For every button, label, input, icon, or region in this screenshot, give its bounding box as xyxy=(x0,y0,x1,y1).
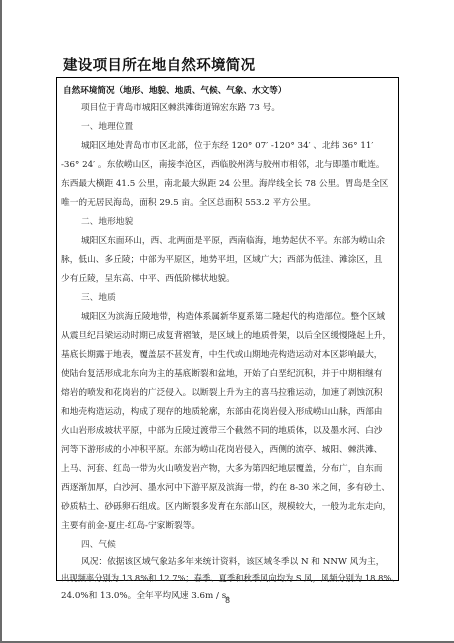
heading-terrain: 二、地形地貌 xyxy=(81,215,133,227)
paragraph-line: 城阳区地处青岛市市区北部，位于东经 120° 07′ -120° 34′ 、北纬… xyxy=(81,139,373,151)
box-heading: 自然环境简况（地形、地貌、地质、气候、气象、水文等） xyxy=(63,84,286,96)
heading-geographic-location: 一、地理位置 xyxy=(81,120,133,132)
paragraph-line: 少有丘陵，呈东高、中平、西低阶梯状地貌。 xyxy=(61,272,235,284)
paragraph-line: 脉，低山、多丘陵；中部为平原区，地势平坦，区域广大；西部为低洼、滩涂区，且 xyxy=(61,253,382,265)
paragraph-line: 24.0%和 13.0%。全年平均风速 3.6m / s。 xyxy=(61,589,235,601)
paragraph-line: 使陆台复活形成北东向为主的基底断裂和盆地，开始了白垩纪沉积，并于中期相继有 xyxy=(61,367,382,379)
paragraph-line: 城阳区为滨海丘陵地带，构造体系属新华夏系第二隆起代的构造部位。整个区域 xyxy=(81,310,385,322)
paragraph-line: 基底长期露于地表，覆盖层不甚发育，中生代或山期地壳构造运动对本区影响最大， xyxy=(61,348,382,360)
paragraph-line: 西逐渐加厚，白沙河、墨水河中下游平原及滨海一带，约在 8-30 米之间，多有砂土… xyxy=(61,481,390,493)
paragraph-line: 主要有前金-夏庄-红岛-宁家断裂等。 xyxy=(61,519,200,531)
heading-climate: 四、气候 xyxy=(81,538,116,550)
paragraph-line: 城阳区东面环山，西、北两面是平原，西南临海，地势起伏不平。东部为崂山余 xyxy=(81,234,385,246)
paragraph-line: 出现频率分别为 13.8%和 12.7%；春季、夏季和秋季风向均为 S 风，风频… xyxy=(61,572,400,584)
paragraph-line: 砂质粘土、砂砾卵石组成。区内断裂多发育在东部山区，规模较大，一般为北东走向， xyxy=(61,500,391,512)
paragraph-line: 东西最大横距 41.5 公里，南北最大纵距 24 公里。海岸线全长 78 公里。… xyxy=(61,177,388,189)
heading-geology: 三、地质 xyxy=(81,291,116,303)
paragraph-line: 火山岩形成坡状平原，中部为丘陵过渡带三个截然不同的地质体，以及墨水河、白沙 xyxy=(61,424,382,436)
section-title: 建设项目所在地自然环境简况 xyxy=(63,54,255,75)
intro-text: 项目位于青岛市城阳区棘洪滩街道锦宏东路 73 号。 xyxy=(81,101,280,113)
paragraph-line: 熔岩的喷发和花岗岩的广泛侵入。以断裂上升为主的喜马拉雅运动，加速了剥蚀沉积 xyxy=(61,386,382,398)
paragraph-line: 从震旦纪吕梁运动时期已成复背褶皱，是区域上的地质骨架，以后全区缓慢隆起上升， xyxy=(61,329,391,341)
paragraph-line: 和地壳构造运动，构成了现存的地质轮廓，东部由花岗岩侵入形成崂山山脉，西部由 xyxy=(61,405,382,417)
paragraph-line: 河等下游形成的小冲积平原。东部为崂山花岗岩侵入，西侧的流亭、城阳、棘洪滩、 xyxy=(61,443,382,455)
natural-environment-box: 自然环境简况（地形、地貌、地质、气候、气象、水文等） 项目位于青岛市城阳区棘洪滩… xyxy=(56,77,399,581)
paragraph-line: 风况：依据该区域气象站多年来统计资料，该区域冬季以 N 和 NNW 风为主， xyxy=(81,555,384,567)
paragraph-line: 上马、河套、红岛一带为火山喷发岩产物，大多为第四纪地层覆盖，分布广，自东而 xyxy=(61,462,382,474)
paragraph-line: 唯一的无居民海岛，面积 29.5 亩。全区总面积 553.2 平方公里。 xyxy=(61,196,316,208)
paragraph-line: -36° 24′ 。东依崂山区，南接李沧区，西临胶州湾与胶州市相邻，北与即墨市毗… xyxy=(61,158,385,170)
page-number: 8 xyxy=(225,596,230,605)
